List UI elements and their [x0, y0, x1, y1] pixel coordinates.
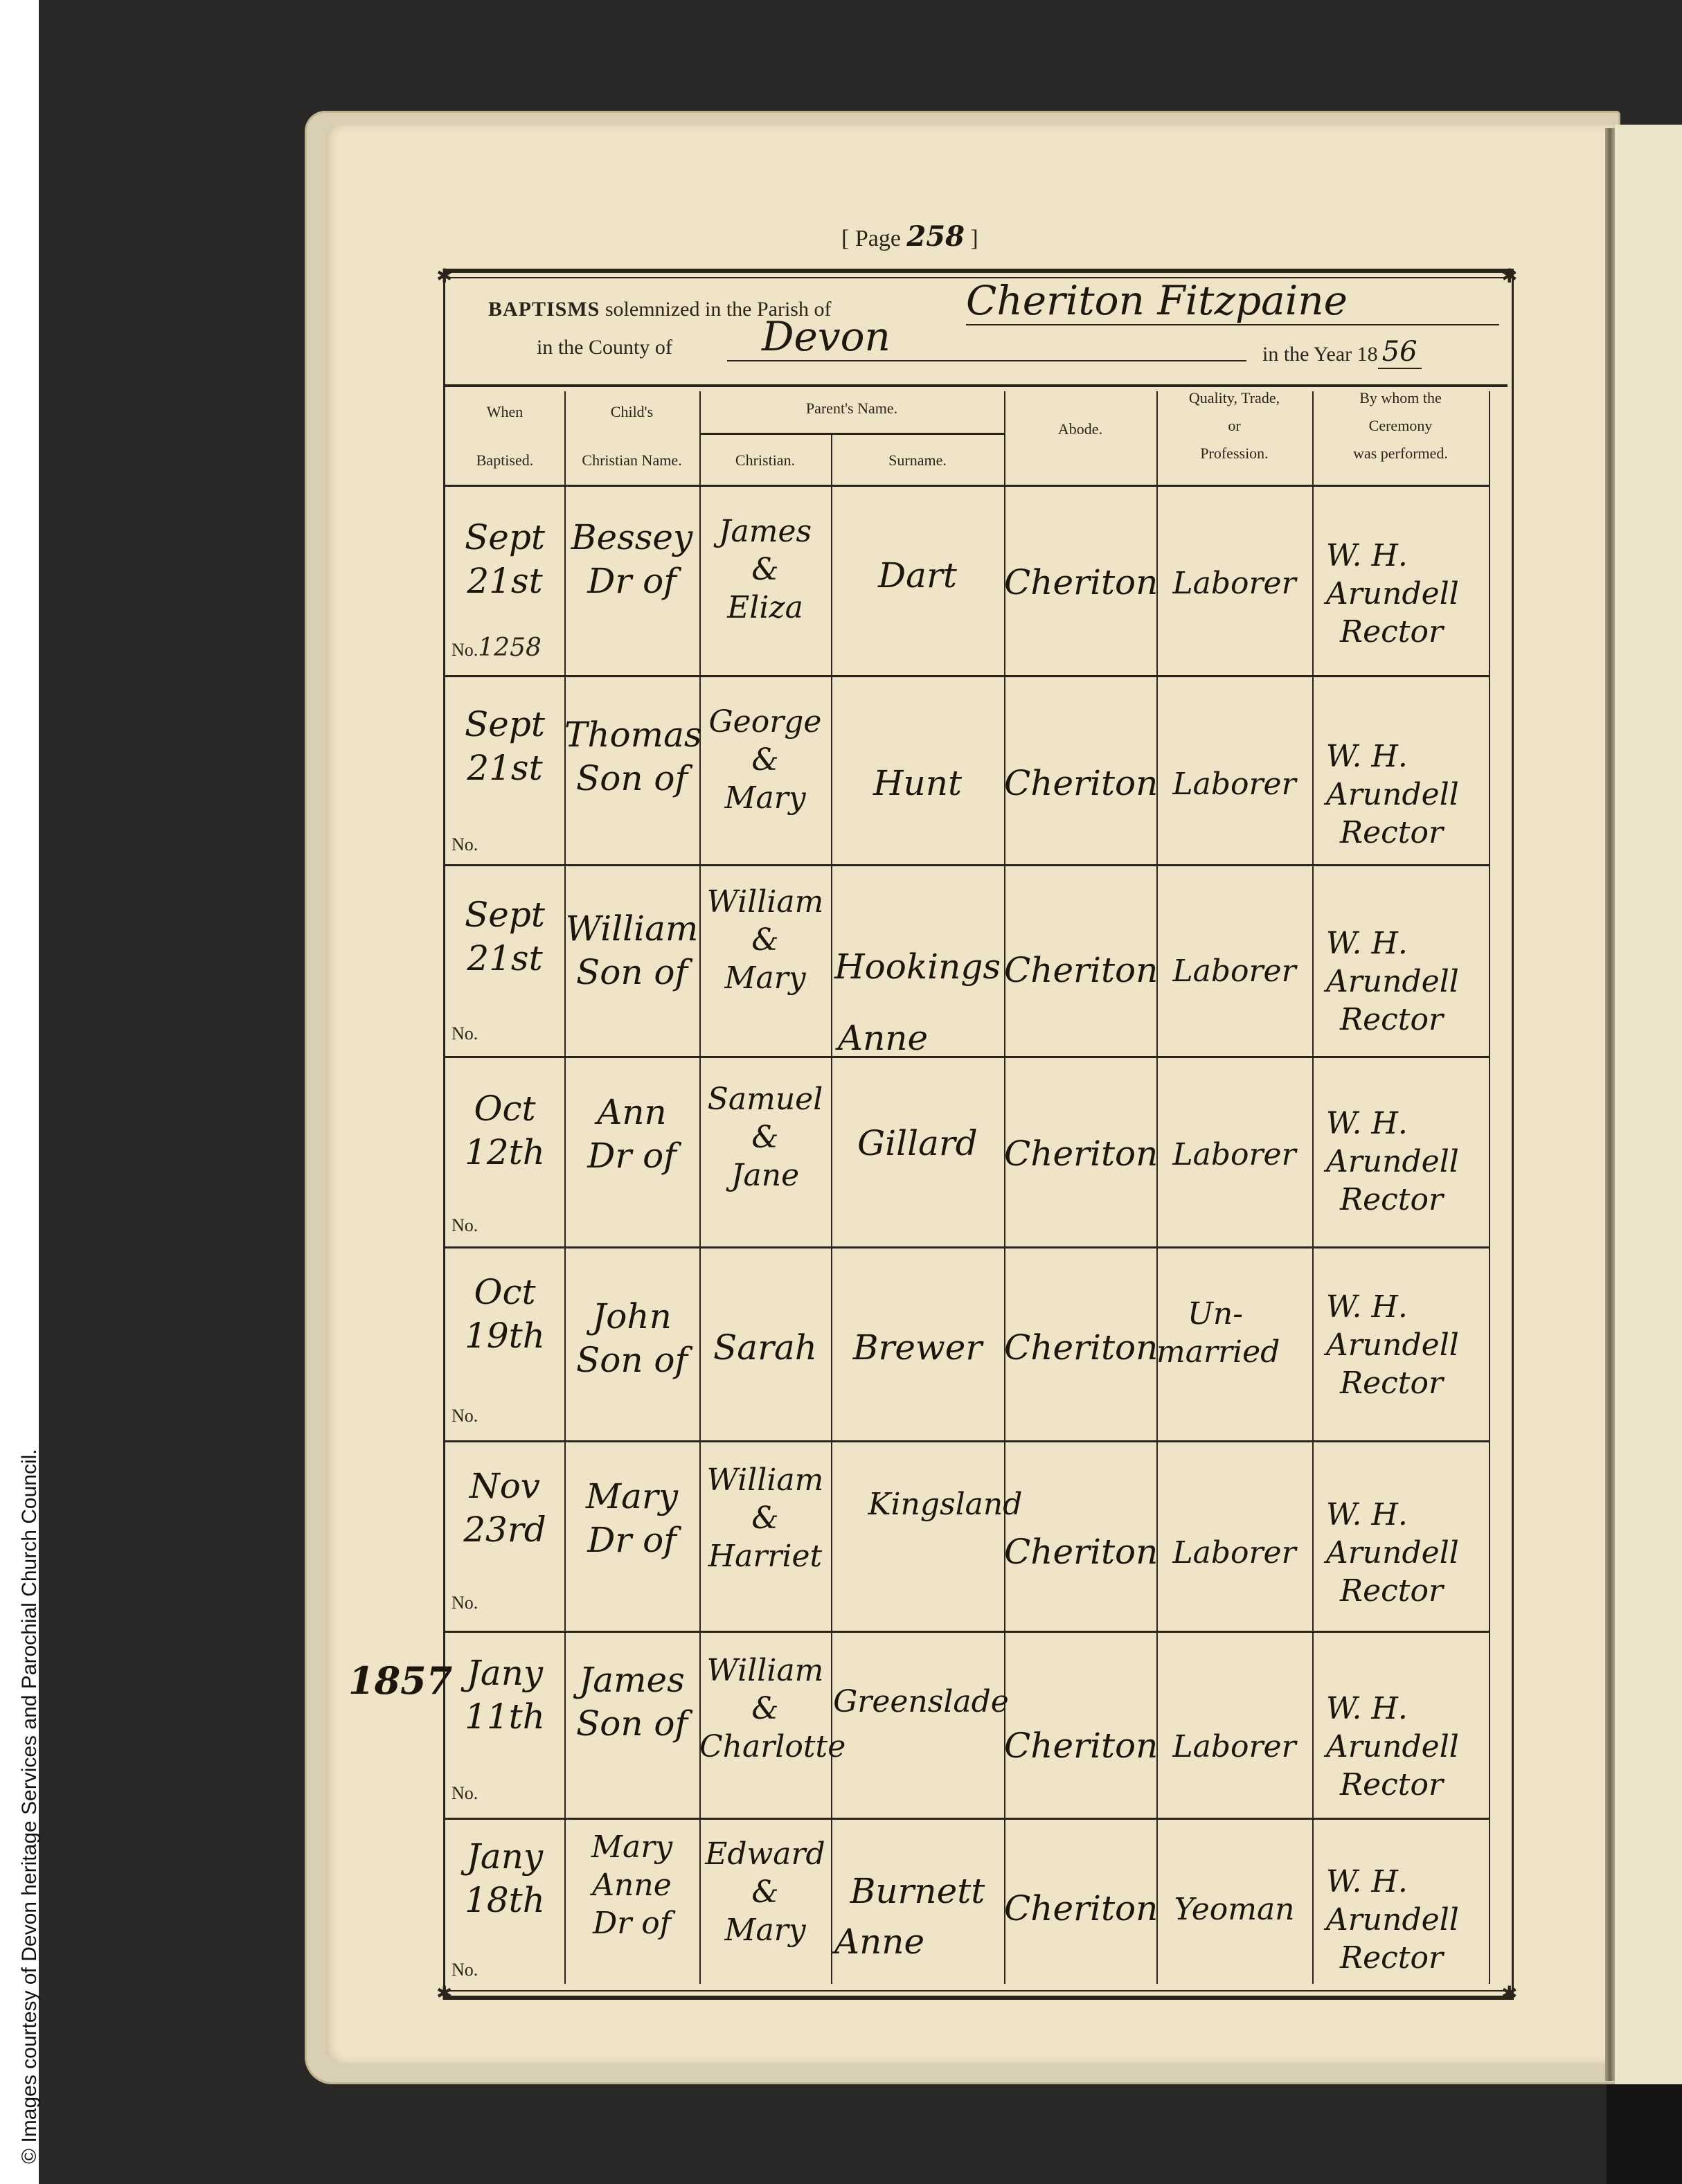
cell-quality: Laborer: [1156, 564, 1312, 602]
cell-abode: Cheriton: [1004, 1530, 1156, 1574]
margin-year-note: 1857: [348, 1658, 452, 1703]
page-number-value: 258: [906, 220, 965, 253]
cell-officiant: W. H. ArundellRector: [1312, 924, 1520, 1039]
cell-abode: Cheriton: [1004, 949, 1156, 992]
column-divider: [564, 391, 566, 1984]
cell-surname: Brewer: [831, 1326, 1004, 1370]
cell-quality: Yeoman: [1156, 1890, 1312, 1928]
cell-parent-christian: Edward&Mary: [699, 1835, 831, 1949]
cell-parent-christian: William&Charlotte: [699, 1652, 831, 1766]
cell-quality: Laborer: [1156, 765, 1312, 803]
cell-date: Nov23rd: [445, 1465, 564, 1551]
cell-officiant: W. H. ArundellRector: [1312, 1496, 1520, 1610]
header-child: Child'sChristian Name.: [564, 398, 699, 474]
header-abode: Abode.: [1004, 415, 1156, 443]
entry-number: No.: [451, 834, 478, 855]
cell-abode: Cheriton: [1004, 1132, 1156, 1176]
cell-abode: Cheriton: [1004, 762, 1156, 805]
corner-ornament-icon: ✱: [436, 267, 452, 287]
cell-officiant: W. H. ArundellRector: [1312, 1690, 1520, 1804]
cell-child: ThomasSon of: [564, 713, 699, 800]
row-rule: [445, 1631, 1489, 1633]
entry-number: No.: [451, 1406, 478, 1426]
cell-parent-christian: Samuel&Jane: [699, 1080, 831, 1194]
cell-abode: Cheriton: [1004, 1326, 1156, 1370]
cell-surname: Kingsland: [831, 1485, 1059, 1523]
cell-date: Sept21st: [445, 516, 564, 602]
cell-officiant: W. H. ArundellRector: [1312, 1104, 1520, 1219]
entry-number: No.: [451, 1593, 478, 1613]
cell-quality: Laborer: [1156, 1136, 1312, 1174]
cell-child: JamesSon of: [564, 1658, 699, 1745]
entry-number: No.1258: [451, 634, 542, 662]
cell-date: Oct19th: [445, 1271, 564, 1357]
copyright-credit: © Images courtesy of Devon heritage Serv…: [19, 1449, 40, 2164]
row-rule: [445, 1440, 1489, 1442]
cell-date: Jany18th: [445, 1835, 564, 1922]
cell-surname: Gillard: [831, 1122, 1004, 1165]
entry-number: No.: [451, 1960, 478, 1980]
row-rule: [445, 485, 1489, 487]
heading-line-county: in the County of: [537, 336, 672, 359]
cell-child: BesseyDr of: [564, 516, 699, 602]
county-name: Devon: [727, 313, 1246, 361]
cell-quality: Laborer: [1156, 1534, 1312, 1572]
row-rule: [445, 1246, 1489, 1248]
cell-officiant: W. H. ArundellRector: [1312, 737, 1520, 852]
cell-quality: Laborer: [1156, 952, 1312, 990]
cell-quality: Laborer: [1156, 1728, 1312, 1766]
cell-date: Sept21st: [445, 893, 564, 980]
corner-ornament-icon: ✱: [1501, 1985, 1517, 2004]
cell-date: Sept21st: [445, 703, 564, 789]
page-number: [ Page 258 ]: [841, 220, 978, 253]
row-rule: [445, 675, 1489, 677]
cell-quality: Un-married: [1156, 1295, 1274, 1371]
entry-number: No.: [451, 1215, 478, 1236]
cell-surname: Dart: [831, 554, 1004, 598]
binding-shadow: [1607, 2084, 1682, 2184]
book-gutter: [1605, 128, 1615, 2081]
header-quality: Quality, Trade,orProfession.: [1156, 384, 1312, 467]
cell-parent-christian: James&Eliza: [699, 512, 831, 627]
cell-abode: Cheriton: [1004, 1887, 1156, 1931]
cell-child: MaryAnneDr of: [564, 1828, 699, 1942]
header-parents: Parent's Name.: [699, 395, 1004, 422]
cell-date: Oct12th: [445, 1087, 564, 1174]
cell-surname: BurnettAnne: [831, 1870, 1004, 1963]
entry-number: No.: [451, 1023, 478, 1044]
cell-parent-christian: William&Harriet: [699, 1461, 831, 1575]
cell-child: MaryDr of: [564, 1475, 699, 1561]
cell-date: Jany11th: [445, 1652, 564, 1738]
year-value: 56: [1378, 336, 1422, 369]
year-label: in the Year 1856: [1262, 336, 1422, 368]
row-rule: [445, 1818, 1489, 1820]
header-parent-christian: Christian.: [699, 447, 831, 474]
cell-abode: Cheriton: [1004, 561, 1156, 605]
header-by-whom: By whom theCeremonywas performed.: [1312, 384, 1489, 467]
header-when: WhenBaptised.: [445, 398, 564, 474]
cell-child: WilliamSon of: [564, 907, 699, 994]
cell-surname: Greenslade: [831, 1683, 1011, 1721]
cell-child: JohnSon of: [564, 1295, 699, 1381]
cell-officiant: W. H. ArundellRector: [1312, 1288, 1520, 1402]
cell-parent-christian: George&Mary: [699, 703, 831, 817]
cell-abode: Cheriton: [1004, 1724, 1156, 1768]
cell-surname: Hunt: [831, 762, 1004, 805]
facing-page-edge: [1615, 125, 1682, 2084]
entry-number: No.: [451, 1783, 478, 1804]
cell-officiant: W. H. ArundellRector: [1312, 537, 1520, 651]
cell-child: AnnDr of: [564, 1091, 699, 1177]
cell-parent-christian: Sarah: [699, 1326, 831, 1370]
cell-officiant: W. H. ArundellRector: [1312, 1863, 1520, 1977]
header-parent-surname: Surname.: [831, 447, 1004, 474]
cell-parent-christian: William&Mary: [699, 883, 831, 997]
credit-strip: © Images courtesy of Devon heritage Serv…: [0, 0, 39, 2184]
cell-surname: HookingsAnne: [831, 945, 1004, 1059]
corner-ornament-icon: ✱: [1501, 267, 1517, 287]
corner-ornament-icon: ✱: [436, 1985, 452, 2004]
row-rule: [445, 864, 1489, 866]
parents-subrule: [699, 433, 1004, 435]
